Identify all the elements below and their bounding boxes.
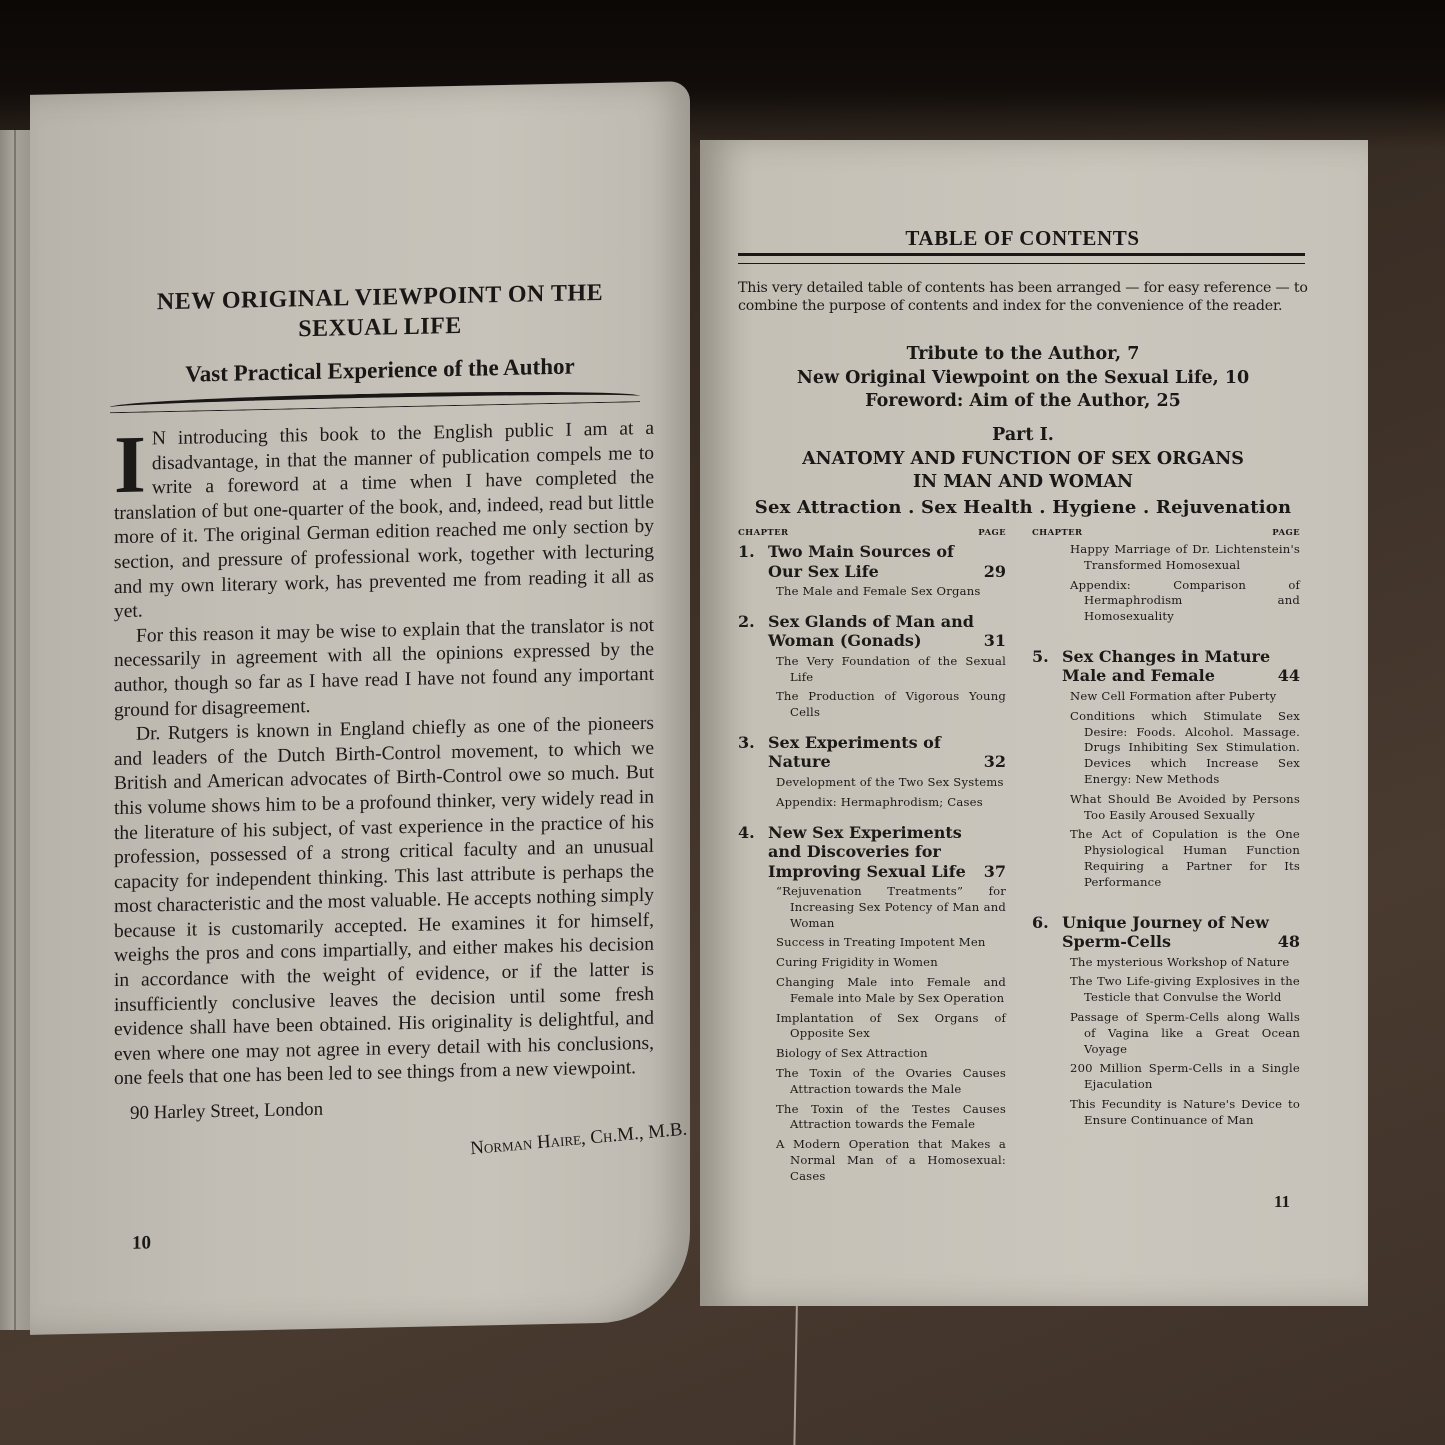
chapter-number: 6. xyxy=(1032,913,1062,952)
right-page: TABLE OF CONTENTS This very detailed tab… xyxy=(700,140,1368,1306)
topic-item: The Toxin of the Testes Causes Attractio… xyxy=(776,1102,1006,1134)
double-rule-divider xyxy=(738,253,1305,264)
topic-item: The Production of Vigorous Young Cells xyxy=(776,689,1006,721)
part-label: Part I. xyxy=(738,424,1308,448)
topic-item: Appendix: Comparison of Hermaphrodism an… xyxy=(1070,578,1300,625)
column-header: CHAPTER PAGE xyxy=(1032,528,1300,538)
chapter-page: 37 xyxy=(978,862,1006,882)
chapter-page: 48 xyxy=(1272,932,1300,952)
foreword-body: IN introducing this book to the English … xyxy=(114,417,654,1092)
chapter-title: Unique Journey of New Sperm-Cells xyxy=(1062,913,1272,952)
page-header: PAGE xyxy=(1272,528,1300,538)
topic-item: The Act of Copulation is the One Physiol… xyxy=(1070,827,1300,890)
chapter-number: 3. xyxy=(738,733,768,772)
chapter-title: Two Main Sources of Our Sex Life xyxy=(768,542,978,581)
chapter-number: 4. xyxy=(738,823,768,882)
paragraph-text: N introducing this book to the English p… xyxy=(114,418,654,622)
front-matter-item: Foreword: Aim of the Author, 25 xyxy=(738,390,1308,414)
chapter-entry: 3.Sex Experiments of Nature32 Developmen… xyxy=(738,733,1006,811)
topic-item: This Fecundity is Nature's Device to Ens… xyxy=(1070,1097,1300,1129)
left-page: NEW ORIGINAL VIEWPOINT ON THE SEXUAL LIF… xyxy=(30,81,690,1335)
front-matter-item: New Original Viewpoint on the Sexual Lif… xyxy=(738,367,1308,391)
topic-item: Development of the Two Sex Systems xyxy=(776,775,1006,791)
topic-item: What Should Be Avoided by Persons Too Ea… xyxy=(1070,792,1300,824)
topic-item: New Cell Formation after Puberty xyxy=(1070,689,1300,705)
toc-column-2: CHAPTER PAGE Happy Marriage of Dr. Licht… xyxy=(1032,528,1300,1141)
topic-item: Passage of Sperm-Cells along Walls of Va… xyxy=(1070,1010,1300,1057)
chapter-number: 5. xyxy=(1032,647,1062,686)
chapter-title: Sex Changes in Mature Male and Female xyxy=(1062,647,1272,686)
toc-intro: This very detailed table of contents has… xyxy=(738,279,1308,315)
topic-item: Conditions which Stimulate Sex Desire: F… xyxy=(1070,709,1300,788)
chapter-entry: 5.Sex Changes in Mature Male and Female4… xyxy=(1032,647,1300,891)
chapter-entry: 1.Two Main Sources of Our Sex Life29 The… xyxy=(738,542,1006,600)
page-number-right: 11 xyxy=(1274,1192,1290,1212)
topic-item: Curing Frigidity in Women xyxy=(776,955,1006,971)
paragraph-3: Dr. Rutgers is known in England chiefly … xyxy=(114,712,654,1092)
topic-item: Biology of Sex Attraction xyxy=(776,1046,1006,1062)
toc-title: TABLE OF CONTENTS xyxy=(740,226,1305,251)
drop-cap: I xyxy=(114,431,146,498)
chapter-header: CHAPTER xyxy=(738,528,788,538)
paragraph-1: IN introducing this book to the English … xyxy=(114,417,654,625)
page-number-left: 10 xyxy=(132,1232,151,1254)
chapter-page: 29 xyxy=(978,562,1006,582)
chapter-continuation: Happy Marriage of Dr. Lichtenstein's Tra… xyxy=(1032,542,1300,625)
topic-item: The mysterious Workshop of Nature xyxy=(1070,955,1300,971)
topic-item: Implantation of Sex Organs of Opposite S… xyxy=(776,1011,1006,1043)
chapter-header: CHAPTER xyxy=(1032,528,1082,538)
double-rule-divider xyxy=(110,388,640,413)
topic-item: “Rejuvenation Treatments” for Increasing… xyxy=(776,884,1006,931)
topic-item: The Toxin of the Ovaries Causes Attracti… xyxy=(776,1066,1006,1098)
front-matter-list: Tribute to the Author, 7 New Original Vi… xyxy=(738,343,1308,414)
part-title-line-1: ANATOMY AND FUNCTION OF SEX ORGANS xyxy=(738,448,1308,472)
author-signature: Norman Haire, Ch.M., M.B. xyxy=(469,1119,687,1161)
chapter-entry: 2.Sex Glands of Man and Woman (Gonads)31… xyxy=(738,612,1006,721)
toc-column-1: CHAPTER PAGE 1.Two Main Sources of Our S… xyxy=(738,528,1006,1197)
chapter-page: 44 xyxy=(1272,666,1300,686)
left-page-subtitle: Vast Practical Experience of the Author xyxy=(110,352,650,389)
chapter-entry: 6.Unique Journey of New Sperm-Cells48 Th… xyxy=(1032,913,1300,1129)
chapter-number: 2. xyxy=(738,612,768,651)
chapter-title: New Sex Experiments and Discoveries for … xyxy=(768,823,978,882)
front-matter-item: Tribute to the Author, 7 xyxy=(738,343,1308,367)
topic-item: Appendix: Hermaphrodism; Cases xyxy=(776,795,1006,811)
chapter-page: 32 xyxy=(978,752,1006,772)
paragraph-2: For this reason it may be wise to explai… xyxy=(114,614,654,724)
left-page-title: NEW ORIGINAL VIEWPOINT ON THE SEXUAL LIF… xyxy=(130,277,630,347)
chapter-entry: 4.New Sex Experiments and Discoveries fo… xyxy=(738,823,1006,1185)
page-header: PAGE xyxy=(978,528,1006,538)
topic-item: A Modern Operation that Makes a Normal M… xyxy=(776,1137,1006,1184)
topic-item: Happy Marriage of Dr. Lichtenstein's Tra… xyxy=(1070,542,1300,574)
column-header: CHAPTER PAGE xyxy=(738,528,1006,538)
topic-item: Changing Male into Female and Female int… xyxy=(776,975,1006,1007)
topic-item: Success in Treating Impotent Men xyxy=(776,935,1006,951)
chapter-page: 31 xyxy=(978,631,1006,651)
topic-item: The Two Life-giving Explosives in the Te… xyxy=(1070,974,1300,1006)
chapter-title: Sex Experiments of Nature xyxy=(768,733,978,772)
part-subjects: Sex Attraction . Sex Health . Hygiene . … xyxy=(738,496,1308,520)
part-title-line-2: IN MAN AND WOMAN xyxy=(738,471,1308,495)
topic-item: The Very Foundation of the Sexual Life xyxy=(776,654,1006,686)
page-stack-edge xyxy=(0,130,33,1330)
chapter-title: Sex Glands of Man and Woman (Gonads) xyxy=(768,612,978,651)
part-heading: Part I. ANATOMY AND FUNCTION OF SEX ORGA… xyxy=(738,424,1308,519)
topic-item: 200 Million Sperm-Cells in a Single Ejac… xyxy=(1070,1061,1300,1093)
topic-item: The Male and Female Sex Organs xyxy=(776,584,1006,600)
author-address: 90 Harley Street, London xyxy=(130,1099,323,1125)
chapter-number: 1. xyxy=(738,542,768,581)
